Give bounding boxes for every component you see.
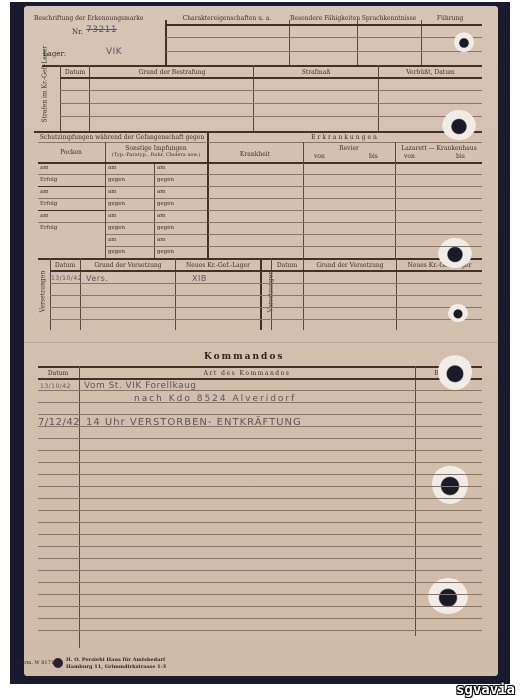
row-line <box>106 246 207 247</box>
row-line <box>38 222 105 223</box>
impf-cell: gegen <box>157 249 174 255</box>
pocken-cell: am <box>40 189 49 195</box>
row-line <box>38 414 482 415</box>
row-line <box>38 498 482 499</box>
publisher-logo-icon <box>53 658 63 668</box>
strafen-col-grund: Grund der Bestrafung <box>90 69 254 76</box>
komm-col-datum: Datum <box>38 370 78 377</box>
komm-col-art: Art des Kommandos <box>80 370 414 377</box>
impf-cell: gegen <box>108 225 125 231</box>
impf-cell: gegen <box>108 201 125 207</box>
nr-value: 73211 <box>86 25 117 35</box>
row-line <box>38 534 482 535</box>
row-line <box>38 630 482 631</box>
strafen-col-verbuesst: Verbüßt, Datum <box>379 69 482 76</box>
row-line <box>106 198 207 199</box>
vers-col-grund: Grund der Versetzung <box>81 262 175 269</box>
kommandos-title: Kommandos <box>204 352 284 362</box>
row-line <box>38 558 482 559</box>
row-line <box>38 522 482 523</box>
lazarett-bis: bis <box>456 153 465 160</box>
impf-cell: gegen <box>157 177 174 183</box>
row-line <box>38 450 482 451</box>
row-line <box>38 426 482 427</box>
impf-cell: am <box>108 237 117 243</box>
revier-bis: bis <box>369 153 378 160</box>
form-number: Form. W 8171 <box>18 660 54 666</box>
pocken-cell: am <box>40 165 49 171</box>
punch-hole-icon <box>438 238 472 268</box>
punch-hole-icon <box>454 32 474 52</box>
pocken-cell: am <box>40 213 49 219</box>
impf-cell: am <box>157 189 166 195</box>
col-charakter: Charaktereigenschaften u. a. <box>166 15 288 22</box>
row-line <box>208 234 482 235</box>
row-line <box>208 186 482 187</box>
impf-cell: gegen <box>108 249 125 255</box>
row-line <box>208 174 482 175</box>
watermark: sgvavia <box>456 682 515 698</box>
lager-value: VIK <box>106 47 122 57</box>
row-line <box>106 210 207 211</box>
row-line <box>208 198 482 199</box>
row-line <box>106 186 207 187</box>
pocken-cell: Erfolg <box>40 177 57 183</box>
row-line <box>38 510 482 511</box>
strafen-col-strafmass: Strafmaß <box>254 69 378 76</box>
lazarett-von: von <box>404 153 415 160</box>
erkrankungen-title: Erkrankungen <box>208 134 482 141</box>
vers2-col-lager: Neues Kr.-Gef.-Lager <box>397 262 482 269</box>
impf-cell: am <box>108 213 117 219</box>
komm-datum-1: 13/10/42 <box>40 383 71 390</box>
row-line <box>38 462 482 463</box>
publisher: H. O. Persiehl Haus für Amtsbedarf <box>66 657 165 663</box>
row-line <box>106 234 207 235</box>
col-sprachen: Sprachkenntnisse <box>358 15 420 22</box>
row-line <box>38 174 105 175</box>
strafen-side-label: Strafen im Kr.-Gef.-Lager <box>42 73 49 123</box>
impf-cell: am <box>157 237 166 243</box>
revier-von: von <box>314 153 325 160</box>
col-pocken: Pocken <box>38 149 104 156</box>
row-line <box>38 570 482 571</box>
impf-cell: am <box>157 165 166 171</box>
col-sonstige-sub: (Typ.-Paratyp., Ruhr, Cholera usw.) <box>106 152 206 158</box>
row-line <box>38 186 105 187</box>
row-line <box>38 402 482 403</box>
pocken-cell: Erfolg <box>40 225 57 231</box>
col-fuehrung: Führung <box>422 15 478 22</box>
impf-cell: gegen <box>108 177 125 183</box>
erkennungsmarke-label: Beschriftung der Erkennungsmarke <box>34 15 143 22</box>
vers2-col-datum: Datum <box>272 262 302 269</box>
impf-cell: gegen <box>157 201 174 207</box>
row-line <box>38 618 482 619</box>
impf-cell: am <box>157 213 166 219</box>
row-line <box>106 174 207 175</box>
row-line <box>38 546 482 547</box>
row-line <box>38 210 105 211</box>
vers2-col-grund: Grund der Versetzung <box>304 262 396 269</box>
pow-record-card: Beschriftung der Erkennungsmarke Nr. 732… <box>24 6 498 676</box>
divider <box>165 20 167 66</box>
impf-cell: am <box>108 165 117 171</box>
punch-hole-icon <box>448 304 468 322</box>
punch-hole-icon <box>428 578 468 614</box>
row-line <box>208 246 482 247</box>
vers-col-datum: Datum <box>50 262 80 269</box>
row-line <box>38 198 105 199</box>
col-sonstige: Sonstige Impfungen <box>106 145 206 152</box>
vers-col-lager: Neues Kr.-Gef.-Lager <box>176 262 260 269</box>
vers-datum-1: 13/10/42 <box>51 275 82 282</box>
row-line <box>38 390 482 391</box>
punch-hole-icon <box>438 354 472 390</box>
row-line <box>208 222 482 223</box>
impf-cell: am <box>108 189 117 195</box>
strafen-col-datum: Datum <box>60 69 90 76</box>
publisher-address: Hamburg 11, Grimmdirkstrasse 1-3 <box>66 664 166 670</box>
row-line <box>38 438 482 439</box>
col-revier: Revier <box>304 145 394 152</box>
vers-grund-1: Vers. <box>86 274 108 283</box>
col-faehigkeiten: Besondere Fähigkeiten <box>290 15 356 22</box>
col-krankheit: Krankheit <box>208 151 302 158</box>
versetzungen-side-label: Versetzungen <box>40 267 47 317</box>
row-line <box>106 222 207 223</box>
row-line <box>38 606 482 607</box>
col-lazarett: Lazarett — Krankenhaus <box>396 145 482 152</box>
impf-cell: gegen <box>157 225 174 231</box>
pocken-cell: Erfolg <box>40 201 57 207</box>
row-line <box>38 474 482 475</box>
vers-lager-1: XIB <box>192 274 207 283</box>
nr-label: Nr. <box>72 28 83 36</box>
impfungen-title: Schutzimpfungen während der Gefangenscha… <box>38 134 206 141</box>
punch-hole-icon <box>442 110 476 140</box>
row-line <box>208 210 482 211</box>
row-line <box>38 582 482 583</box>
row-line <box>38 486 482 487</box>
row-line <box>38 594 482 595</box>
